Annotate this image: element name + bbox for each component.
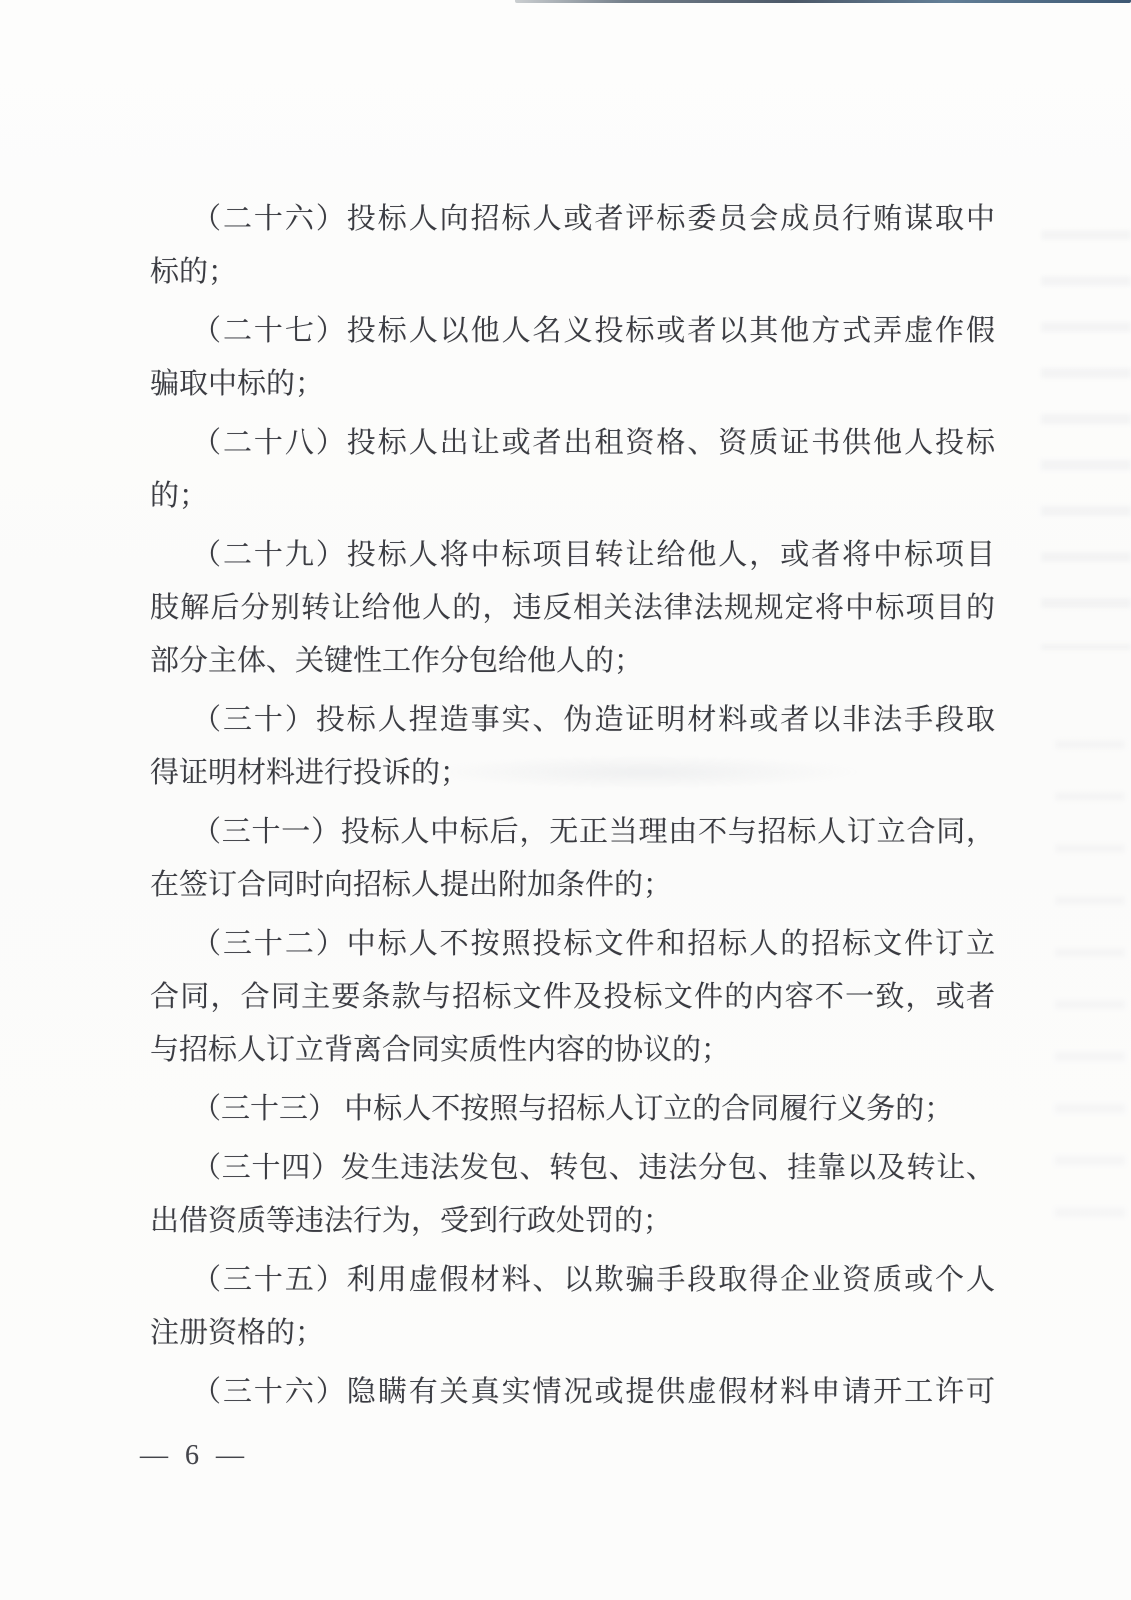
scan-artifact-bleedthrough	[1055, 740, 1125, 1260]
scan-artifact-bleedthrough	[1041, 230, 1131, 650]
clause-paragraph-33: （三十三） 中标人不按照与招标人订立的合同履行义务的；	[150, 1083, 995, 1136]
text-line: 骗取中标的；	[150, 358, 995, 411]
text-line: 与招标人订立背离合同实质性内容的协议的；	[150, 1024, 995, 1077]
text-line: （三十四）发生违法发包、转包、违法分包、挂靠以及转让、	[150, 1142, 995, 1195]
text-line: 出借资质等违法行为，受到行政处罚的；	[150, 1195, 995, 1248]
text-line: （三十六）隐瞒有关真实情况或提供虚假材料申请开工许可	[150, 1366, 995, 1419]
clause-paragraph-27: （二十七）投标人以他人名义投标或者以其他方式弄虚作假 骗取中标的；	[150, 305, 995, 411]
text-line: 的；	[150, 470, 995, 523]
text-line: 合同，合同主要条款与招标文件及投标文件的内容不一致，或者	[150, 971, 995, 1024]
scan-artifact-top-edge	[515, 0, 1131, 3]
clause-paragraph-35: （三十五）利用虚假材料、以欺骗手段取得企业资质或个人 注册资格的；	[150, 1254, 995, 1360]
text-line: 注册资格的；	[150, 1307, 995, 1360]
clause-paragraph-26: （二十六）投标人向招标人或者评标委员会成员行贿谋取中 标的；	[150, 193, 995, 299]
text-line: 肢解后分别转让给他人的，违反相关法律法规规定将中标项目的	[150, 582, 995, 635]
text-line: （三十三） 中标人不按照与招标人订立的合同履行义务的；	[150, 1083, 995, 1136]
clause-paragraph-34: （三十四）发生违法发包、转包、违法分包、挂靠以及转让、 出借资质等违法行为，受到…	[150, 1142, 995, 1248]
clause-paragraph-36: （三十六）隐瞒有关真实情况或提供虚假材料申请开工许可	[150, 1366, 995, 1419]
text-line: （二十八）投标人出让或者出租资格、资质证书供他人投标	[150, 417, 995, 470]
clause-paragraph-28: （二十八）投标人出让或者出租资格、资质证书供他人投标 的；	[150, 417, 995, 523]
text-line: 部分主体、关键性工作分包给他人的；	[150, 635, 995, 688]
scanned-document-page: （二十六）投标人向招标人或者评标委员会成员行贿谋取中 标的； （二十七）投标人以…	[0, 0, 1131, 1600]
page-number: — 6 —	[140, 1440, 249, 1472]
clause-paragraph-29: （二十九）投标人将中标项目转让给他人，或者将中标项目 肢解后分别转让给他人的，违…	[150, 529, 995, 688]
text-line: （三十五）利用虚假材料、以欺骗手段取得企业资质或个人	[150, 1254, 995, 1307]
clause-paragraph-32: （三十二）中标人不按照投标文件和招标人的招标文件订立 合同，合同主要条款与招标文…	[150, 918, 995, 1077]
text-line: （三十一）投标人中标后，无正当理由不与招标人订立合同，	[150, 806, 995, 859]
text-line: 在签订合同时向招标人提出附加条件的；	[150, 859, 995, 912]
text-line: （二十九）投标人将中标项目转让给他人，或者将中标项目	[150, 529, 995, 582]
text-line: 得证明材料进行投诉的；	[150, 747, 995, 800]
clause-paragraph-30: （三十）投标人捏造事实、伪造证明材料或者以非法手段取 得证明材料进行投诉的；	[150, 694, 995, 800]
text-line: （三十）投标人捏造事实、伪造证明材料或者以非法手段取	[150, 694, 995, 747]
text-line: （三十二）中标人不按照投标文件和招标人的招标文件订立	[150, 918, 995, 971]
text-line: 标的；	[150, 246, 995, 299]
text-line: （二十七）投标人以他人名义投标或者以其他方式弄虚作假	[150, 305, 995, 358]
clause-paragraph-31: （三十一）投标人中标后，无正当理由不与招标人订立合同， 在签订合同时向招标人提出…	[150, 806, 995, 912]
text-line: （二十六）投标人向招标人或者评标委员会成员行贿谋取中	[150, 193, 995, 246]
document-text-block: （二十六）投标人向招标人或者评标委员会成员行贿谋取中 标的； （二十七）投标人以…	[150, 193, 995, 1425]
